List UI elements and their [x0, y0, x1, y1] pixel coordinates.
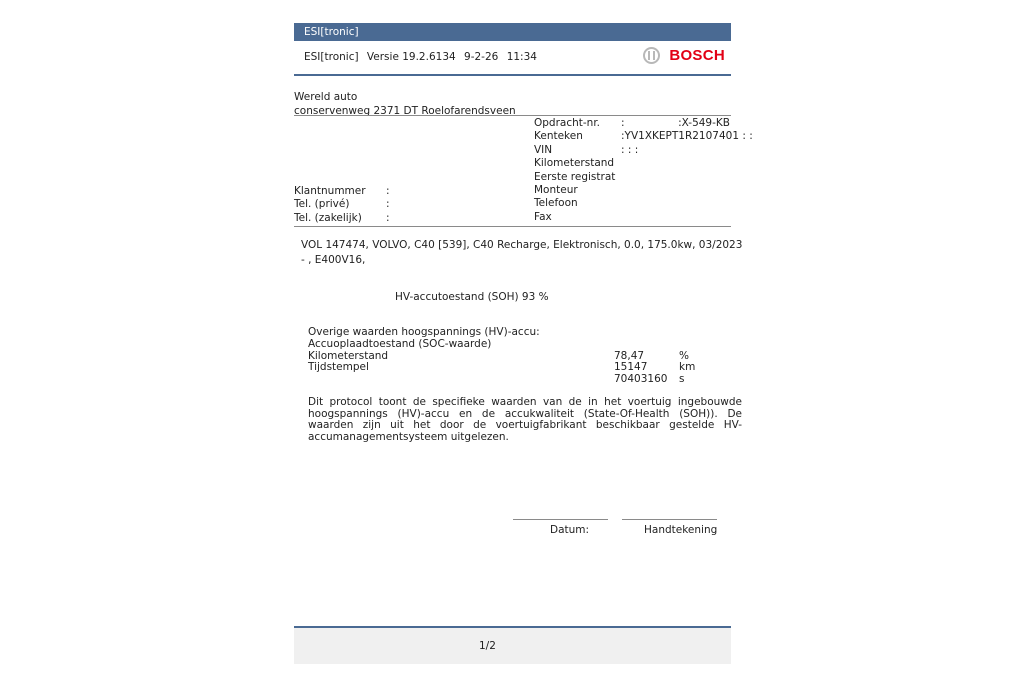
other-value-label: Kilometerstand: [308, 350, 388, 362]
vehicle-info-label: Eerste registrat: [534, 171, 615, 183]
other-value-label: Accuoplaadtoestand (SOC-waarde): [308, 338, 491, 350]
version: Versie 19.2.6134: [367, 51, 456, 63]
vehicle-info-separator: :: [621, 117, 625, 129]
other-values-heading: Overige waarden hoogspannings (HV)-accu:: [308, 326, 540, 338]
bosch-armature-icon: [643, 47, 660, 64]
report-date: 9-2-26: [464, 51, 498, 63]
page-footer: 1/2: [294, 626, 731, 664]
other-value-unit: km: [679, 361, 695, 373]
soh-value: HV-accutoestand (SOH) 93 %: [395, 291, 549, 303]
customer-info-separator: :: [386, 212, 390, 224]
version-line: ESI[tronic] Versie 19.2.6134 9-2-26 11:3…: [304, 51, 542, 63]
app-title-bar: ESI[tronic]: [294, 23, 731, 41]
report-page: ESI[tronic] ESI[tronic] Versie 19.2.6134…: [294, 23, 731, 76]
customer-info-label: Tel. (privé): [294, 198, 349, 210]
signature-label: Handtekening: [644, 524, 717, 536]
other-value-number: 15147: [614, 361, 647, 373]
vehicle-info-value: :YV1XKEPT1R2107401 : :: [621, 130, 753, 142]
customer-info-label: Tel. (zakelijk): [294, 212, 362, 224]
vehicle-engine-code: - , E400V16,: [301, 254, 365, 266]
protocol-description: Dit protocol toont de specifieke waarden…: [308, 397, 742, 443]
vehicle-info-label: Kenteken: [534, 130, 583, 142]
other-value-number: 78,47: [614, 350, 644, 362]
divider: [294, 115, 731, 116]
other-value-number: 70403160: [614, 373, 667, 385]
customer-info-separator: :: [386, 198, 390, 210]
date-signature-line: [513, 519, 608, 520]
vehicle-info-value: :X-549-KB: [678, 117, 730, 129]
app-name: ESI[tronic]: [304, 51, 359, 63]
other-value-unit: s: [679, 373, 684, 385]
brand-name: BOSCH: [669, 47, 725, 64]
vehicle-info-label: Kilometerstand: [534, 157, 614, 169]
vehicle-info-label: VIN: [534, 144, 552, 156]
signature-line: [622, 519, 717, 520]
report-time: 11:34: [507, 51, 537, 63]
vehicle-description: VOL 147474, VOLVO, C40 [539], C40 Rechar…: [301, 239, 742, 251]
report-header: ESI[tronic] Versie 19.2.6134 9-2-26 11:3…: [294, 41, 731, 76]
customer-info-separator: :: [386, 185, 390, 197]
company-name: Wereld auto: [294, 91, 357, 103]
app-title: ESI[tronic]: [304, 26, 359, 38]
vehicle-info-label: Monteur: [534, 184, 578, 196]
vehicle-info-value: : : :: [621, 144, 638, 156]
vehicle-info-label: Opdracht-nr.: [534, 117, 600, 129]
page-number: 1/2: [479, 640, 496, 652]
vehicle-info-label: Telefoon: [534, 197, 578, 209]
date-label: Datum:: [550, 524, 589, 536]
divider: [294, 226, 731, 227]
other-value-unit: %: [679, 350, 689, 362]
other-value-label: Tijdstempel: [308, 361, 369, 373]
bosch-logo: BOSCH: [643, 47, 725, 64]
customer-info-label: Klantnummer: [294, 185, 366, 197]
vehicle-info-label: Fax: [534, 211, 552, 223]
